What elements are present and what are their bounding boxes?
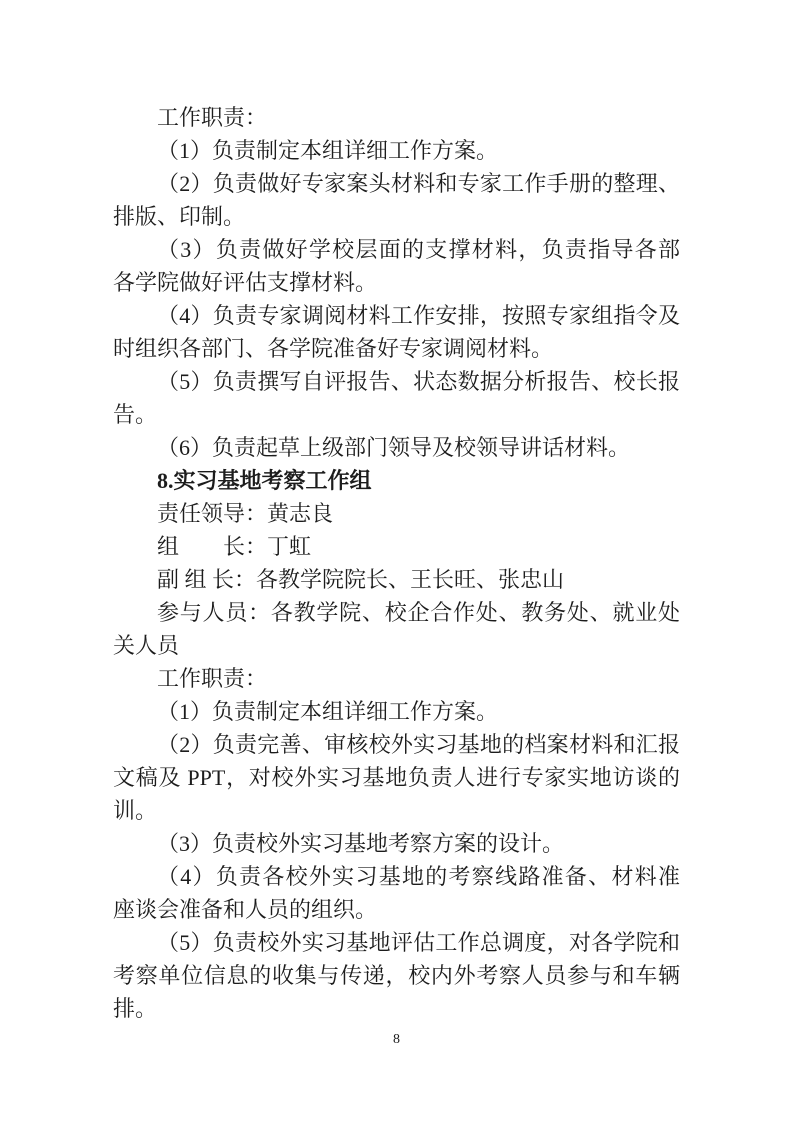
text-line: （5）负责校外实习基地评估工作总调度，对各学院和 bbox=[113, 926, 680, 959]
text-line: 告。 bbox=[113, 398, 680, 431]
text-line: 考察单位信息的收集与传递，校内外考察人员参与和车辆安 bbox=[113, 959, 680, 992]
text-line: （4）负责专家调阅材料工作安排，按照专家组指令及 bbox=[113, 299, 680, 332]
text-line: （5）负责撰写自评报告、状态数据分析报告、校长报 bbox=[113, 365, 680, 398]
document-body: 工作职责：（1）负责制定本组详细工作方案。（2）负责做好专家案头材料和专家工作手… bbox=[113, 101, 680, 1025]
page-number: 8 bbox=[0, 1030, 793, 1050]
text-line: 各学院做好评估支撑材料。 bbox=[113, 266, 680, 299]
text-line: 副 组 长：各教学院院长、王长旺、张忠山 bbox=[113, 563, 680, 596]
text-line: （3）负责做好学校层面的支撑材料，负责指导各部门、 bbox=[113, 233, 680, 266]
text-line: 关人员 bbox=[113, 629, 680, 662]
text-line: 训。 bbox=[113, 794, 680, 827]
text-line: 责任领导：黄志良 bbox=[113, 497, 680, 530]
document-page: 工作职责：（1）负责制定本组详细工作方案。（2）负责做好专家案头材料和专家工作手… bbox=[0, 0, 793, 1122]
text-line: 工作职责： bbox=[113, 662, 680, 695]
text-line: 组 长：丁虹 bbox=[113, 530, 680, 563]
text-line: 排。 bbox=[113, 992, 680, 1025]
text-line: （4）负责各校外实习基地的考察线路准备、材料准备、 bbox=[113, 860, 680, 893]
text-line: （2）负责做好专家案头材料和专家工作手册的整理、 bbox=[113, 167, 680, 200]
section-heading: 8.实习基地考察工作组 bbox=[113, 464, 680, 497]
text-line: （6）负责起草上级部门领导及校领导讲话材料。 bbox=[113, 431, 680, 464]
text-line: 座谈会准备和人员的组织。 bbox=[113, 893, 680, 926]
text-line: 工作职责： bbox=[113, 101, 680, 134]
text-line: （2）负责完善、审核校外实习基地的档案材料和汇报 bbox=[113, 728, 680, 761]
text-line: 参与人员：各教学院、校企合作处、教务处、就业处相 bbox=[113, 596, 680, 629]
text-line: （1）负责制定本组详细工作方案。 bbox=[113, 695, 680, 728]
text-line: （3）负责校外实习基地考察方案的设计。 bbox=[113, 827, 680, 860]
text-line: 文稿及 PPT，对校外实习基地负责人进行专家实地访谈的培 bbox=[113, 761, 680, 794]
text-line: 时组织各部门、各学院准备好专家调阅材料。 bbox=[113, 332, 680, 365]
text-line: （1）负责制定本组详细工作方案。 bbox=[113, 134, 680, 167]
text-line: 排版、印制。 bbox=[113, 200, 680, 233]
